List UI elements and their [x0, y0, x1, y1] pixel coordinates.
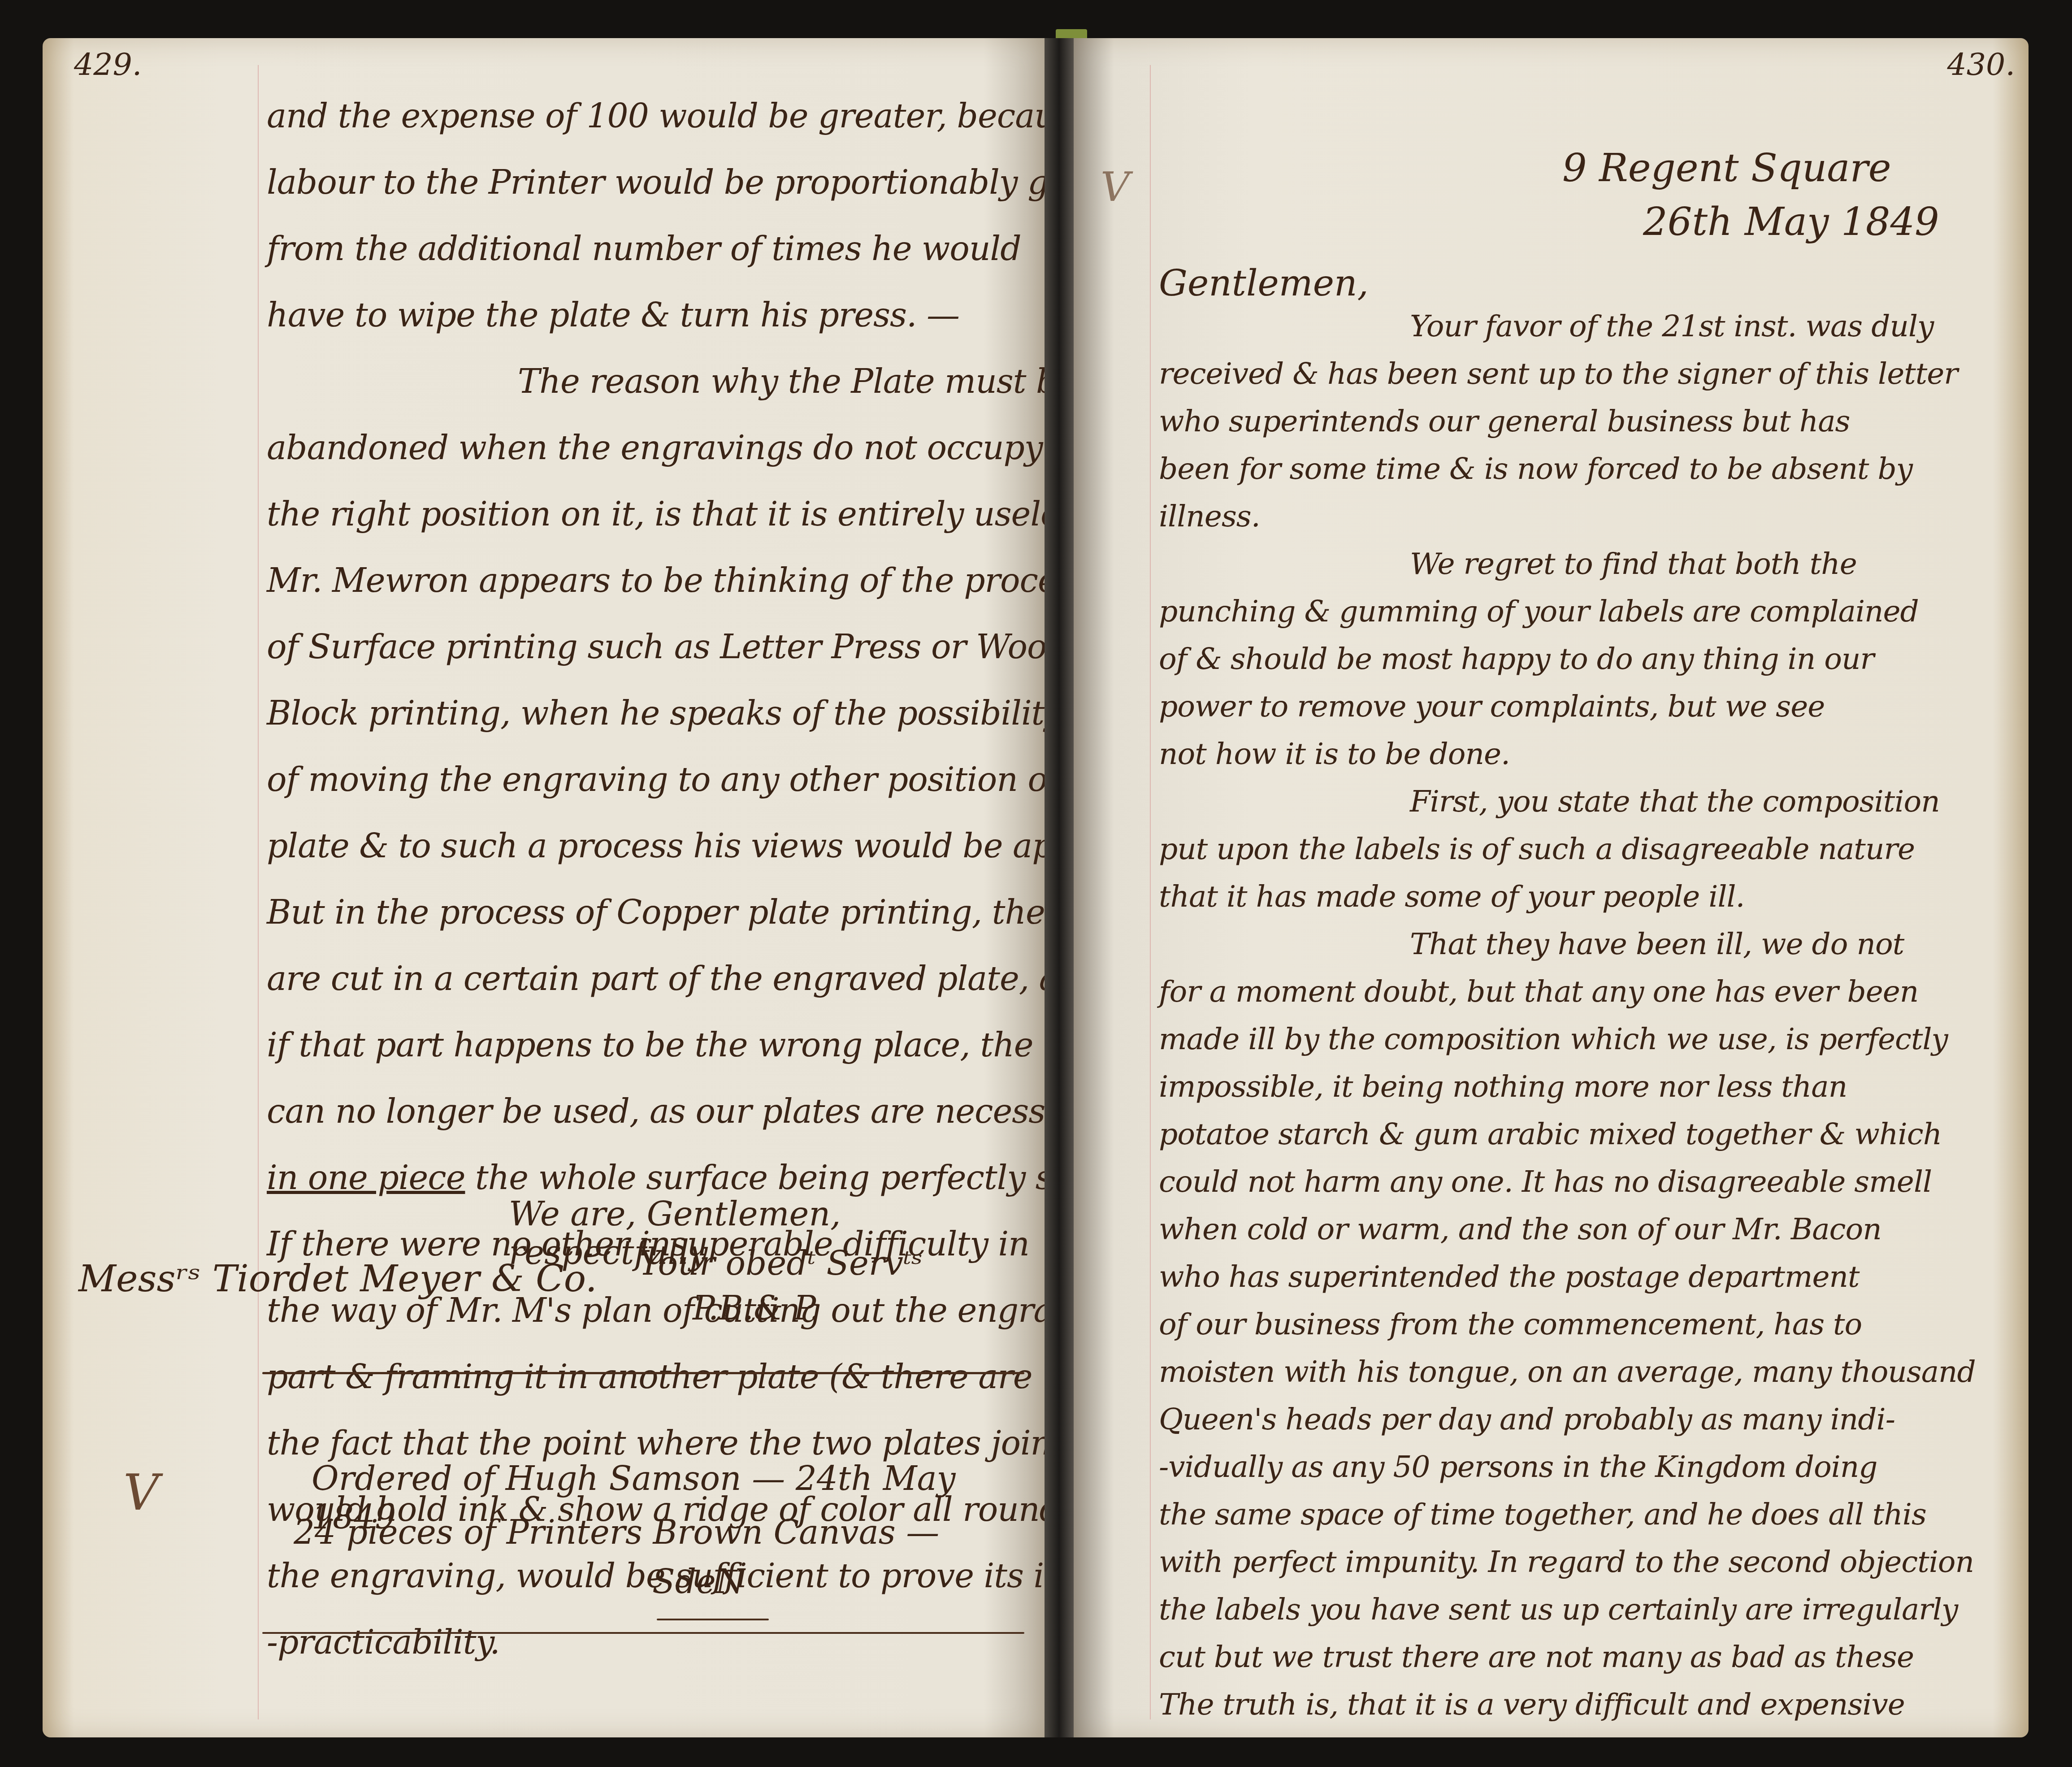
text-line: moisten with his tongue, on an average, …: [1159, 1348, 1976, 1396]
margin-check-mark: V: [1101, 164, 1130, 211]
text-line: Your favor of the 21st inst. was duly: [1159, 303, 1976, 350]
text-line: received & has been sent up to the signe…: [1159, 350, 1976, 398]
text-line: that it has made some of your people ill…: [1159, 873, 1976, 920]
page-number: 430.: [1947, 47, 2015, 82]
text-line: the same space of time together, and he …: [1159, 1491, 1976, 1538]
divider-rule: [262, 1372, 1024, 1374]
open-letterbook: 429. and the expense of 100 would be gre…: [43, 38, 2029, 1742]
page-number: 429.: [74, 47, 142, 82]
text-line: cut but we trust there are not many as b…: [1159, 1633, 1976, 1681]
text-line: not how it is to be done.: [1159, 730, 1976, 778]
right-page: 430. V 9 Regent Square 26th May 1849 Gen…: [1074, 38, 2029, 1737]
text-line: The truth is, that it is a very difficul…: [1159, 1681, 1976, 1728]
text-line: First, you state that the composition: [1159, 778, 1976, 825]
text-line: of our business from the commencement, h…: [1159, 1301, 1976, 1348]
text-line: of & should be most happy to do any thin…: [1159, 635, 1976, 683]
text-line: Queen's heads per day and probably as ma…: [1159, 1396, 1976, 1443]
text-line: with perfect impunity. In regard to the …: [1159, 1538, 1976, 1586]
margin-rule: [1150, 65, 1151, 1719]
order-initials: SdeN: [652, 1563, 745, 1601]
initials-flourish: [657, 1619, 769, 1620]
text-line: who has superintended the postage depart…: [1159, 1253, 1976, 1301]
text-line: who superintends our general business bu…: [1159, 398, 1976, 445]
text-line: been for some time & is now forced to be…: [1159, 445, 1976, 493]
signature: P.B.& P.: [693, 1289, 820, 1328]
salutation: Gentlemen,: [1159, 262, 1369, 304]
bottom-rule: [262, 1632, 1024, 1634]
book-gutter: [1045, 38, 1074, 1737]
text-line: power to remove your complaints, but we …: [1159, 683, 1976, 730]
check-mark: V: [123, 1464, 159, 1521]
text-line: the labels you have sent us up certainly…: [1159, 1586, 1976, 1633]
text-line: made ill by the composition which we use…: [1159, 1016, 1976, 1063]
letter-body: Your favor of the 21st inst. was duly re…: [1159, 303, 1976, 1728]
text-line: We regret to find that both the: [1159, 540, 1976, 588]
letter-date: 26th May 1849: [1643, 200, 1939, 244]
text-line: when cold or warm, and the son of our Mr…: [1159, 1206, 1976, 1253]
text-line: put upon the labels is of such a disagre…: [1159, 825, 1976, 873]
text-line: potatoe starch & gum arabic mixed togeth…: [1159, 1111, 1976, 1158]
text-line: for a moment doubt, but that any one has…: [1159, 968, 1976, 1016]
left-page: 429. and the expense of 100 would be gre…: [43, 38, 1045, 1737]
text-line: That they have been ill, we do not: [1159, 920, 1976, 968]
underlined-phrase: in one piece: [267, 1159, 465, 1197]
text-line: impossible, it being nothing more nor le…: [1159, 1063, 1976, 1111]
margin-rule: [258, 65, 259, 1719]
text-line: could not harm any one. It has no disagr…: [1159, 1158, 1976, 1206]
text-line: punching & gumming of your labels are co…: [1159, 588, 1976, 635]
text-line: -vidually as any 50 persons in the Kingd…: [1159, 1443, 1976, 1491]
order-line-2: 24 pieces of Printers Brown Canvas —: [294, 1513, 939, 1552]
text-line: illness.: [1159, 493, 1976, 540]
sender-address: 9 Regent Square: [1562, 146, 1891, 191]
addressee: Messʳˢ Tiordet Meyer & Co.: [78, 1258, 597, 1300]
closing-line-2: Your obedᵗ Servᵗˢ: [639, 1244, 923, 1283]
